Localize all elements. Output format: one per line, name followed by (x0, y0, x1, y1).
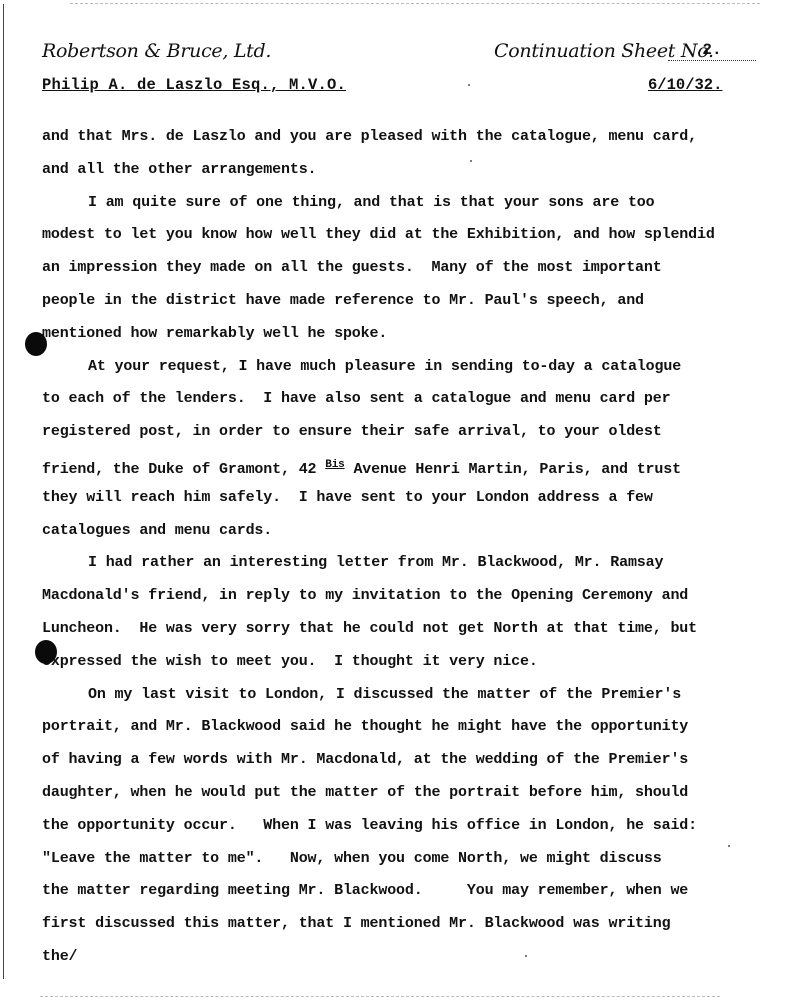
text-line: On my last visit to London, I discussed … (42, 683, 782, 716)
text-segment: friend, the Duke of Gramont, 42 (42, 461, 325, 478)
text-line: I had rather an interesting letter from … (42, 551, 782, 584)
top-edge-marks (70, 3, 760, 5)
letter-page: Robertson & Bruce, Ltd. Continuation She… (0, 0, 790, 1000)
text-line: and all the other arrangements. (42, 158, 782, 191)
text-line: first discussed this matter, that I ment… (42, 912, 782, 945)
text-line: and that Mrs. de Laszlo and you are plea… (42, 125, 782, 158)
text-line: catalogues and menu cards. (42, 519, 782, 552)
text-line: Luncheon. He was very sorry that he coul… (42, 617, 782, 650)
text-line: the opportunity occur. When I was leavin… (42, 814, 782, 847)
text-line: people in the district have made referen… (42, 289, 782, 322)
text-line: friend, the Duke of Gramont, 42 Bis Aven… (42, 453, 782, 486)
text-line: I am quite sure of one thing, and that i… (42, 191, 782, 224)
text-line: the matter regarding meeting Mr. Blackwo… (42, 879, 782, 912)
text-line: "Leave the matter to me". Now, when you … (42, 847, 782, 880)
continuation-sheet-number: 2. (668, 40, 756, 61)
hole-punch-mark (35, 640, 57, 664)
text-line: modest to let you know how well they did… (42, 223, 782, 256)
page-left-edge (3, 4, 4, 979)
bottom-edge-marks (40, 996, 720, 998)
letter-date: 6/10/32. (648, 76, 722, 94)
company-name: Robertson & Bruce, Ltd. (42, 40, 271, 62)
text-line: to each of the lenders. I have also sent… (42, 387, 782, 420)
text-line: the/ (42, 945, 782, 978)
paper-speck (728, 845, 730, 847)
paper-speck (468, 84, 470, 86)
text-line: an impression they made on all the guest… (42, 256, 782, 289)
text-line: Macdonald's friend, in reply to my invit… (42, 584, 782, 617)
text-line: mentioned how remarkably well he spoke. (42, 322, 782, 355)
text-line: At your request, I have much pleasure in… (42, 355, 782, 388)
paper-speck (470, 160, 472, 162)
text-line: daughter, when he would put the matter o… (42, 781, 782, 814)
paper-speck (525, 955, 527, 957)
text-line: expressed the wish to meet you. I though… (42, 650, 782, 683)
text-line: of having a few words with Mr. Macdonald… (42, 748, 782, 781)
text-line: portrait, and Mr. Blackwood said he thou… (42, 715, 782, 748)
text-line: registered post, in order to ensure thei… (42, 420, 782, 453)
text-segment: Avenue Henri Martin, Paris, and trust (345, 461, 681, 478)
text-line: they will reach him safely. I have sent … (42, 486, 782, 519)
addressee: Philip A. de Laszlo Esq., M.V.O. (42, 76, 346, 94)
superscript-bis: Bis (325, 459, 344, 471)
hole-punch-mark (25, 332, 47, 356)
letter-body: and that Mrs. de Laszlo and you are plea… (42, 125, 782, 978)
